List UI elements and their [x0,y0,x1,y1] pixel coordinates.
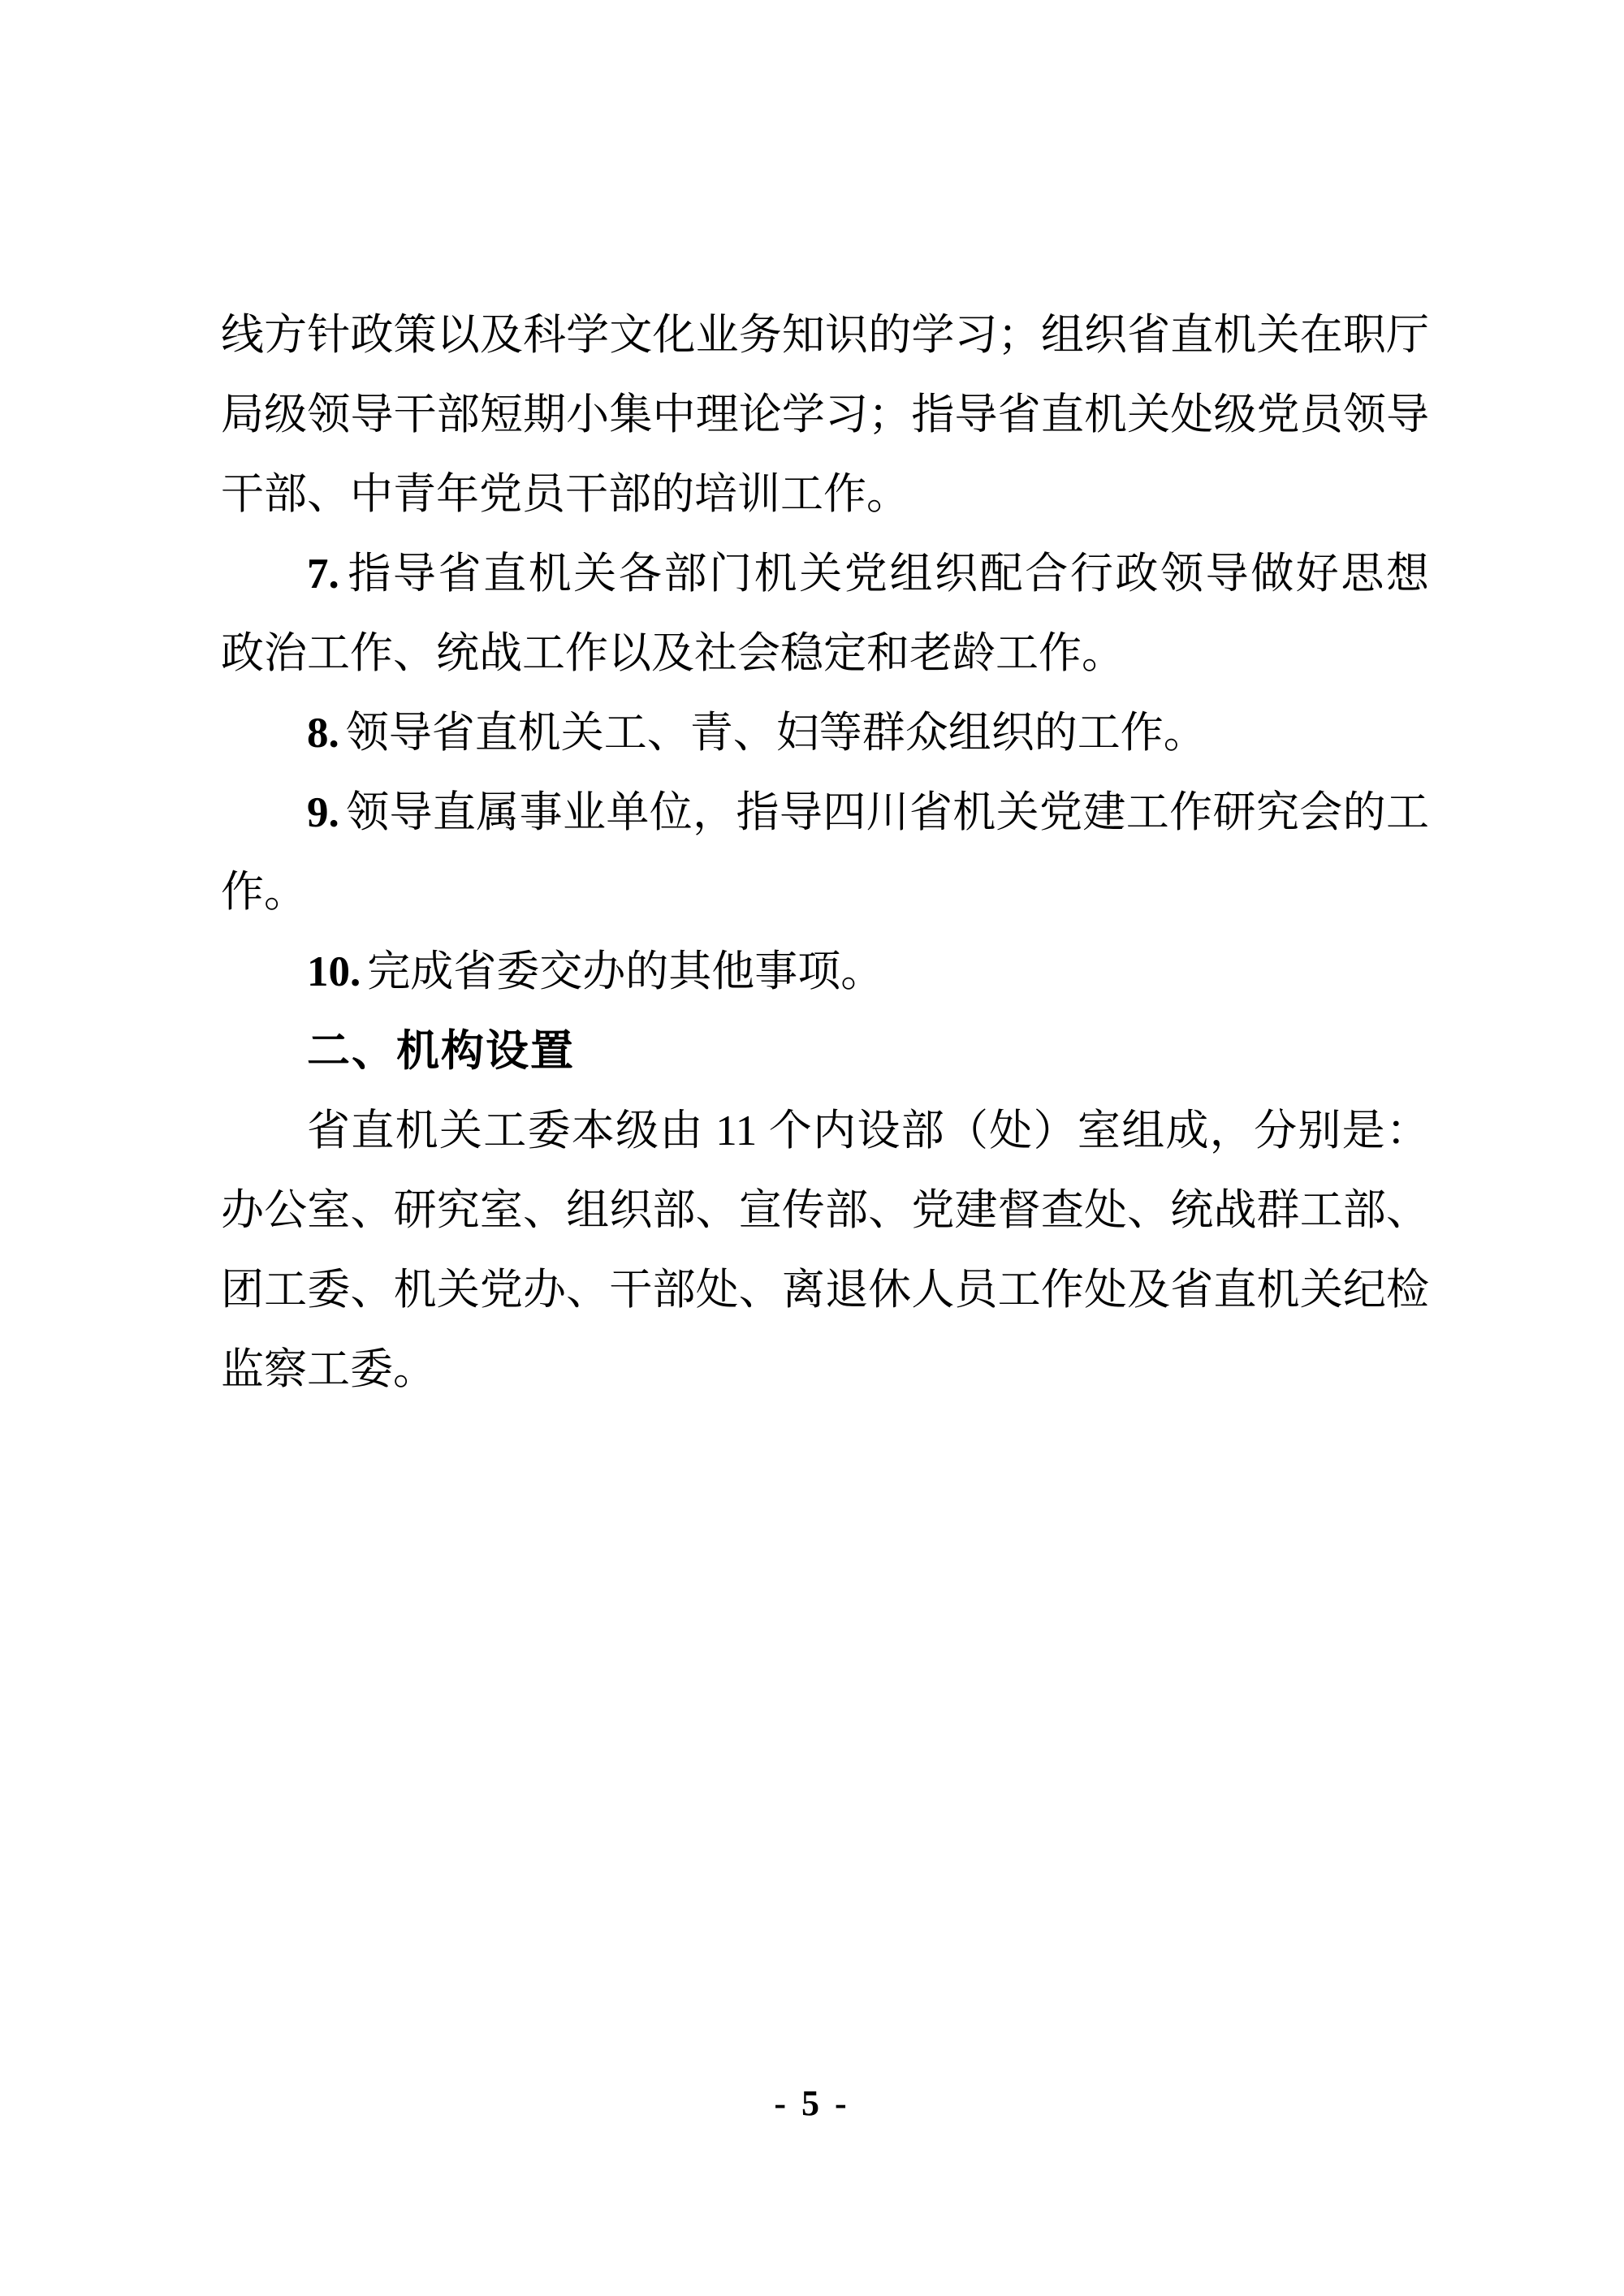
item-9-text: 领导直属事业单位，指导四川省机关党建工作研究会的工 [346,789,1429,836]
document-page: 线方针政策以及科学文化业务知识的学习；组织省直机关在职厅 局级领导干部短期小集中… [0,0,1624,2296]
list-item-7-line-1: 7.指导省直机关各部门机关党组织配合行政领导做好思想 [221,534,1429,614]
item-8-text: 领导省直机关工、青、妇等群众组织的工作。 [346,710,1207,757]
item-10-number: 10. [307,948,367,995]
item-8-number: 8. [307,710,346,757]
list-item-9-line-1: 9.领导直属事业单位，指导四川省机关党建工作研究会的工 [221,773,1429,852]
list-item-9-line-2: 作。 [221,852,1429,932]
paragraph-org-line-2: 办公室、研究室、组织部、宣传部、党建督查处、统战群工部、 [221,1171,1429,1250]
paragraph-org-line-1: 省直机关工委本级由 11 个内设部（处）室组成，分别是： [221,1091,1429,1171]
paragraph-continuation-line-3: 干部、中青年党员干部的培训工作。 [221,455,1429,534]
paragraph-continuation-line-2: 局级领导干部短期小集中理论学习；指导省直机关处级党员领导 [221,375,1429,455]
paragraph-continuation-line-1: 线方针政策以及科学文化业务知识的学习；组织省直机关在职厅 [221,296,1429,375]
list-item-8-line-1: 8.领导省直机关工、青、妇等群众组织的工作。 [221,693,1429,773]
document-body: 线方针政策以及科学文化业务知识的学习；组织省直机关在职厅 局级领导干部短期小集中… [221,296,1429,1409]
item-9-number: 9. [307,789,346,836]
item-7-text: 指导省直机关各部门机关党组织配合行政领导做好思想 [346,550,1429,598]
list-item-7-line-2: 政治工作、统战工作以及社会稳定和老龄工作。 [221,614,1429,693]
item-10-text: 完成省委交办的其他事项。 [367,948,883,995]
section-heading: 二、机构设置 [221,1012,1429,1091]
page-number: - 5 - [0,2083,1624,2124]
item-7-number: 7. [307,550,346,598]
paragraph-org-line-3: 团工委、机关党办、干部处、离退休人员工作处及省直机关纪检 [221,1250,1429,1330]
list-item-10-line-1: 10.完成省委交办的其他事项。 [221,932,1429,1012]
paragraph-org-line-4: 监察工委。 [221,1330,1429,1409]
